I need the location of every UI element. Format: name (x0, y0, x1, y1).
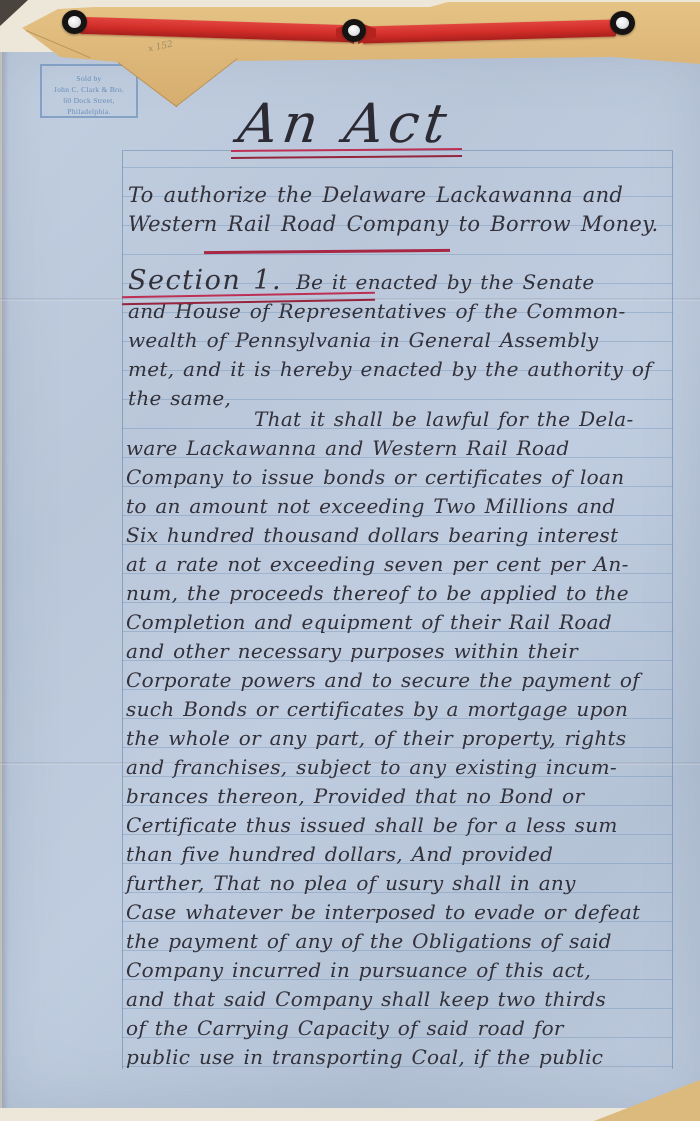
manuscript-line: Corporate powers and to secure the payme… (126, 666, 674, 695)
document-title: An Act (146, 92, 545, 155)
section-heading: Section 1. (128, 265, 282, 296)
manuscript-line: brances thereon, Provided that no Bond o… (126, 782, 674, 811)
manuscript-line: and other necessary purposes within thei… (126, 637, 674, 666)
scan-corner-shadow (0, 0, 28, 26)
manuscript-line: the payment of any of the Obligations of… (126, 927, 674, 956)
printer-stamp: Sold by John C. Clark & Bro. 60 Dock Str… (40, 64, 138, 118)
manuscript-line: To authorize the Delaware Lackawanna and (128, 181, 673, 210)
manuscript-line: Company to issue bonds or certificates o… (126, 463, 674, 492)
manuscript-line: ware Lackawanna and Western Rail Road (126, 434, 674, 463)
document-subtitle: To authorize the Delaware Lackawanna and… (128, 181, 673, 239)
manuscript-line: to an amount not exceeding Two Millions … (126, 492, 674, 521)
grommet-icon (62, 10, 87, 34)
stamp-line: 60 Dock Street, (42, 95, 136, 106)
manuscript-line: wealth of Pennsylvania in General Assemb… (128, 326, 673, 355)
grommet-icon (610, 11, 635, 35)
manuscript-line: Case whatever be interposed to evade or … (126, 898, 674, 927)
document-scan: Sold by John C. Clark & Bro. 60 Dock Str… (0, 0, 700, 1121)
paper-left-edge-shadow (0, 52, 9, 1108)
manuscript-line: than five hundred dollars, And provided (126, 840, 674, 869)
stamp-line: John C. Clark & Bro. (42, 84, 136, 95)
manuscript-line: That it shall be lawful for the Dela- (126, 405, 674, 434)
manuscript-line: Section 1.Be it enacted by the Senate (128, 266, 673, 297)
grommet-icon (342, 19, 366, 42)
manuscript-line: Western Rail Road Company to Borrow Mone… (128, 210, 673, 239)
section-1-clause: Section 1.Be it enacted by the Senate an… (128, 266, 673, 413)
manuscript-line: Six hundred thousand dollars bearing int… (126, 521, 674, 550)
manuscript-line: Completion and equipment of their Rail R… (126, 608, 674, 637)
manuscript-line: the whole or any part, of their property… (126, 724, 674, 753)
manuscript-line: public use in transporting Coal, if the … (126, 1043, 674, 1072)
manuscript-line: of the Carrying Capacity of said road fo… (126, 1014, 674, 1043)
manuscript-line: Certificate thus issued shall be for a l… (126, 811, 674, 840)
manuscript-line: met, and it is hereby enacted by the aut… (128, 355, 673, 384)
manuscript-line: num, the proceeds thereof to be applied … (126, 579, 674, 608)
manuscript-line: further, That no plea of usury shall in … (126, 869, 674, 898)
manuscript-line: and that said Company shall keep two thi… (126, 985, 674, 1014)
manuscript-line: and franchises, subject to any existing … (126, 753, 674, 782)
stamp-line: Sold by (42, 73, 136, 84)
manuscript-line: such Bonds or certificates by a mortgage… (126, 695, 674, 724)
stamp-line: Philadelphia. (42, 106, 136, 117)
manuscript-line: at a rate not exceeding seven per cent p… (126, 550, 674, 579)
manuscript-line: Company incurred in pursuance of this ac… (126, 956, 674, 985)
act-body: That it shall be lawful for the Dela- wa… (126, 405, 674, 1072)
